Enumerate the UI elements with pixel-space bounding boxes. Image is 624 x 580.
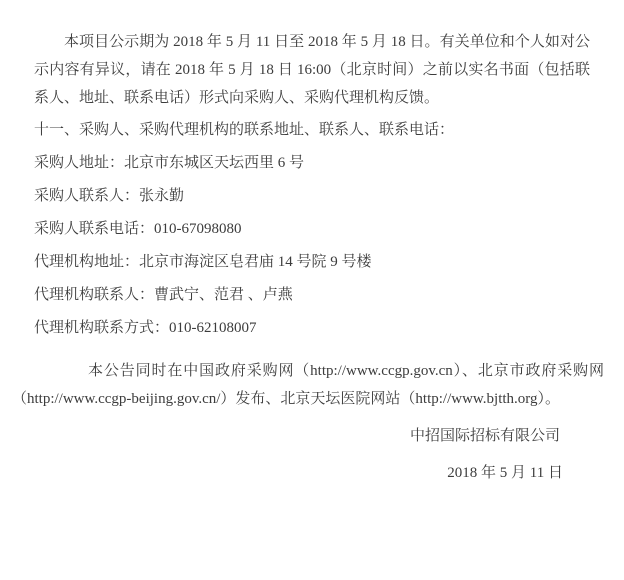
agency-address-line: 代理机构地址：北京市海淀区皂君庙 14 号院 9 号楼 (34, 248, 590, 276)
purchaser-contact-line: 采购人联系人：张永勤 (34, 182, 590, 210)
signature-date: 2018 年 5 月 11 日 (34, 459, 590, 487)
purchaser-phone-line: 采购人联系电话：010-67098080 (34, 215, 590, 243)
section-heading-contact-info: 十一、采购人、采购代理机构的联系地址、联系人、联系电话： (34, 116, 590, 144)
publicity-period-paragraph: 本项目公示期为 2018 年 5 月 11 日至 2018 年 5 月 18 日… (34, 28, 590, 112)
agency-contact-line: 代理机构联系人：曹武宁、范君 、卢燕 (34, 281, 590, 309)
agency-phone-line: 代理机构联系方式：010-62108007 (34, 314, 590, 342)
purchaser-address-line: 采购人地址：北京市东城区天坛西里 6 号 (34, 149, 590, 177)
signature-company: 中招国际招标有限公司 (34, 422, 590, 450)
publication-websites-paragraph: 本公告同时在中国政府采购网（http://www.ccgp.gov.cn）、北京… (12, 357, 604, 413)
procurement-announcement-document: 本项目公示期为 2018 年 5 月 11 日至 2018 年 5 月 18 日… (0, 0, 624, 580)
